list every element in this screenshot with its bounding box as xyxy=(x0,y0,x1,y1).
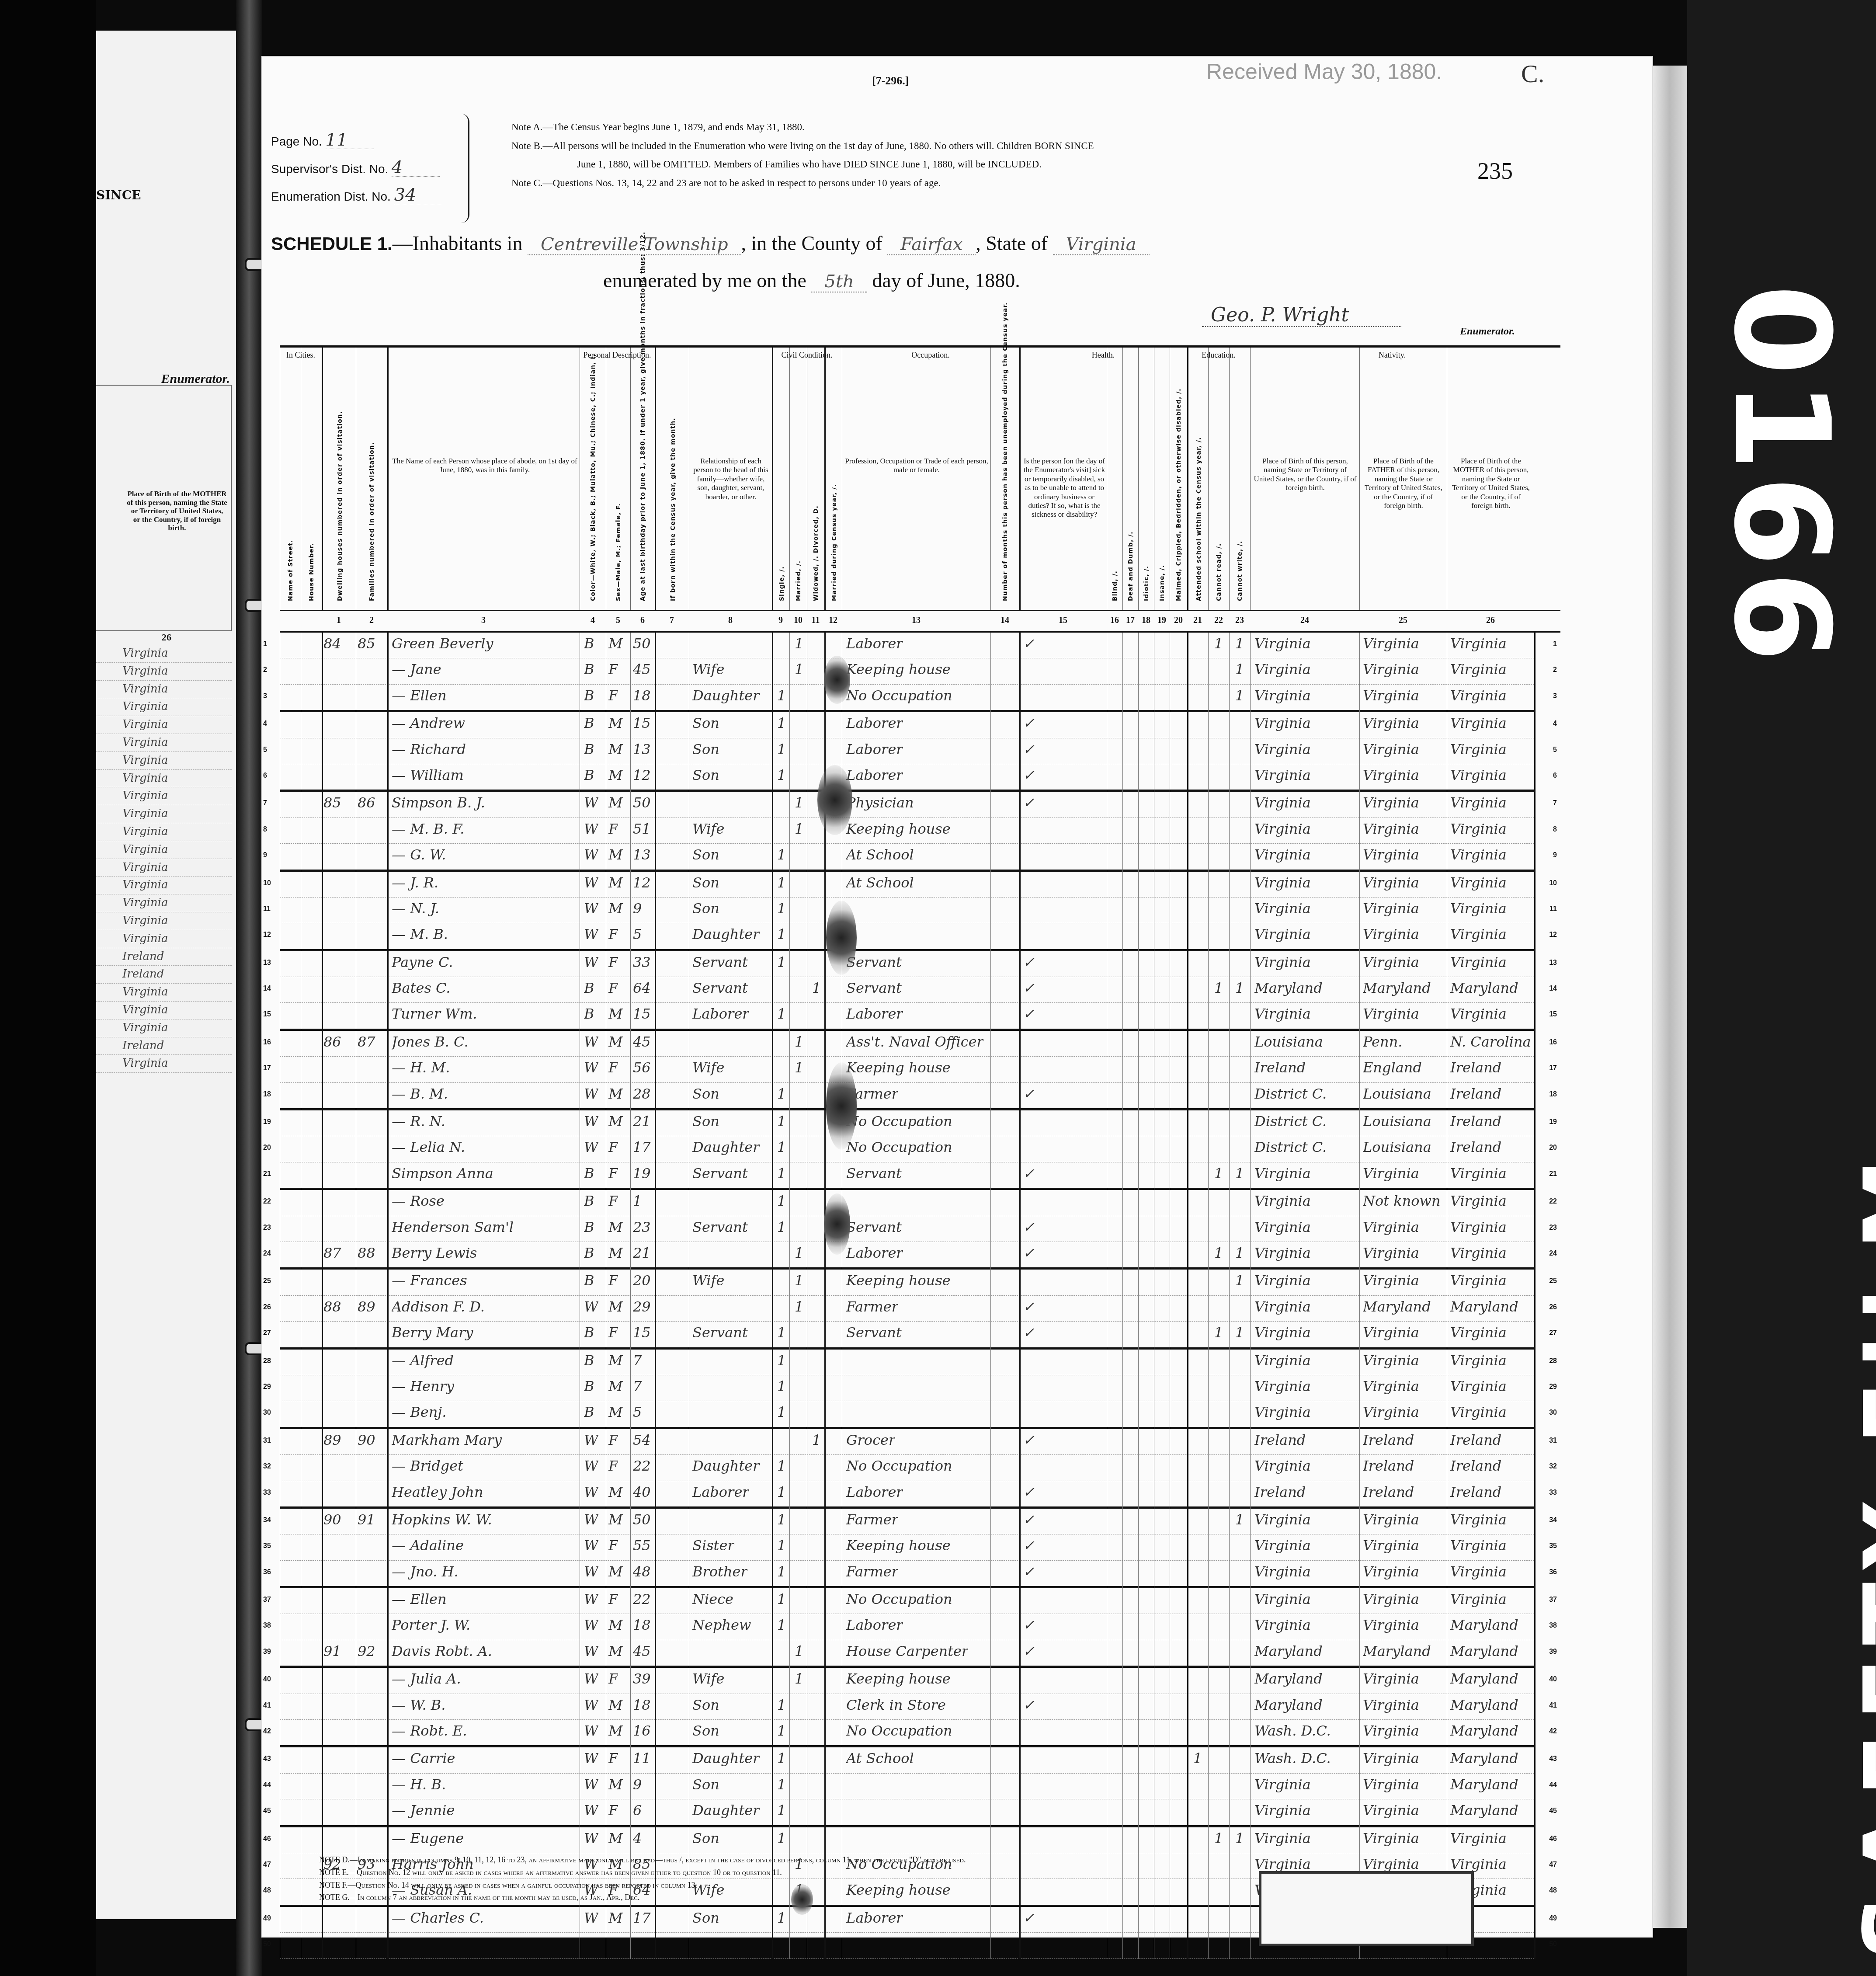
cell-age: 13 xyxy=(633,846,651,863)
table-row: 8— M. B. F.WF51Wife1Keeping houseVirgini… xyxy=(280,818,1534,844)
cell-age: 48 xyxy=(633,1563,651,1580)
cell-father: Virginia xyxy=(1363,767,1419,783)
cell-occ: Servant xyxy=(846,980,902,996)
cell-name: — M. B. xyxy=(392,926,448,943)
cell-name: Heatley John xyxy=(392,1484,483,1500)
cell-age: 9 xyxy=(633,900,642,917)
cell-birth: Virginia xyxy=(1254,846,1311,863)
cell-family: 90 xyxy=(358,1432,375,1448)
note-e: NOTE E.—Question No. 12 will only be ask… xyxy=(319,1866,966,1879)
cell-color: B xyxy=(584,715,594,731)
cell-age: 40 xyxy=(633,1484,651,1500)
column-number: 14 xyxy=(990,616,1019,626)
cell-color: W xyxy=(584,926,598,943)
cell-father: Ireland xyxy=(1363,1484,1414,1500)
cell-occ: Laborer xyxy=(846,741,903,758)
cell-rel: Son xyxy=(692,846,719,863)
line-number-right: 2 xyxy=(1553,666,1557,674)
column-number: 17 xyxy=(1122,616,1138,626)
page-no-value: 11 xyxy=(326,131,374,149)
table-row: 5— RichardBM13Son1Laborer✓VirginiaVirgin… xyxy=(280,738,1534,764)
cell-age: 5 xyxy=(633,926,642,943)
column-number: 1 xyxy=(322,616,356,626)
table-row: 22— RoseBF11VirginiaNot knownVirginia22 xyxy=(280,1190,1534,1216)
column-number: 9 xyxy=(772,616,789,626)
column-number: 5 xyxy=(606,616,630,626)
cell-mother: Maryland xyxy=(1450,1802,1518,1819)
enumeration-dist-value: 34 xyxy=(394,186,442,204)
column-header-c19: Insane, /. xyxy=(1154,348,1170,610)
table-row: 349091Hopkins W. W.WM501Farmer✓1Virginia… xyxy=(280,1509,1534,1534)
cell-sex: M xyxy=(608,846,623,863)
table-row: 10— J. R.WM12Son1At SchoolVirginiaVirgin… xyxy=(280,872,1534,898)
cell-family: 87 xyxy=(358,1033,375,1050)
cell-age: 12 xyxy=(633,767,651,783)
column-header-c17: Deaf and Dumb, /. xyxy=(1122,348,1139,610)
cell-father: Virginia xyxy=(1363,1802,1419,1819)
column-header-c9: Single, /. xyxy=(772,348,791,610)
note-b: Note B.—All persons will be included in … xyxy=(511,137,1094,156)
column-header-c12: Married during Census year, /. xyxy=(824,348,843,610)
cell-sex: F xyxy=(608,926,618,943)
previous-page-mother-birthplace: Virginia xyxy=(122,825,168,838)
table-row: 248788Berry LewisBM211Laborer✓11Virginia… xyxy=(280,1242,1534,1270)
column-header-text: Idiotic, /. xyxy=(1143,566,1150,601)
cell-birth: Maryland xyxy=(1254,1643,1323,1659)
column-header-c1: Dwelling houses numbered in order of vis… xyxy=(322,348,357,610)
cell-mother: N. Carolina xyxy=(1450,1033,1531,1050)
enumeration-date-line: enumerated by me on the 5th day of June,… xyxy=(603,269,1020,292)
table-row: 318990Markham MaryWF541Grocer✓IrelandIre… xyxy=(280,1429,1534,1455)
line-number: 47 xyxy=(263,1861,271,1869)
line-number-right: 47 xyxy=(1549,1861,1557,1869)
column-header-text: Families numbered in order of visitation… xyxy=(368,442,375,601)
cell-sex: M xyxy=(608,1033,623,1050)
cell-dwelling: 85 xyxy=(323,794,341,811)
cell-color: W xyxy=(584,1802,598,1819)
cell-color: W xyxy=(584,1484,598,1500)
cell-name: — Carrie xyxy=(392,1750,455,1767)
cell-birth: Ireland xyxy=(1254,1484,1306,1500)
column-header-text: Relationship of each person to the head … xyxy=(692,457,770,501)
cell-sex: F xyxy=(608,1059,618,1076)
column-header-text: Married during Census year, /. xyxy=(831,484,838,601)
table-body: 18485Green BeverlyBM501Laborer✓11Virgini… xyxy=(280,633,1534,1959)
cell-birth: Virginia xyxy=(1254,1378,1311,1395)
enumerated-day-field: 5th xyxy=(811,271,867,292)
cell-mother: Virginia xyxy=(1450,1856,1507,1872)
cell-occ: Farmer xyxy=(846,1511,898,1528)
cell-color: W xyxy=(584,874,598,891)
cell-rel: Son xyxy=(692,874,719,891)
cell-sex: F xyxy=(608,980,618,996)
cell-sex: F xyxy=(608,1537,618,1554)
line-number: 35 xyxy=(263,1542,271,1550)
note-a: Note A.—The Census Year begins June 1, 1… xyxy=(511,118,1094,137)
cell-single: 1 xyxy=(777,1910,786,1926)
line-number: 12 xyxy=(263,931,271,939)
line-number-right: 9 xyxy=(1553,852,1557,859)
cell-age: 13 xyxy=(633,741,651,758)
line-number: 40 xyxy=(263,1676,271,1684)
cell-name: — Ellen xyxy=(392,687,447,704)
line-number: 18 xyxy=(263,1091,271,1099)
column-header-text: Widowed, /. Divorced, D. xyxy=(813,505,820,601)
cell-sex: F xyxy=(608,1165,618,1182)
cell-name: — Rose xyxy=(392,1193,445,1209)
column-header-c4: Color—White, W.; Black, B.; Mulatto, Mu.… xyxy=(580,348,606,610)
cell-occ: At School xyxy=(846,1750,914,1767)
previous-page-row: Virginia6 xyxy=(96,734,232,752)
cell-father: Virginia xyxy=(1363,1697,1419,1713)
line-number-right: 3 xyxy=(1553,692,1557,700)
cell-mother: Virginia xyxy=(1450,767,1507,783)
table-row: 42— Robt. E.WM16Son1No OccupationWash. D… xyxy=(280,1720,1534,1747)
column-header-text: Cannot read, /. xyxy=(1216,543,1223,601)
safety-film-label: SAFETY FILM xyxy=(1845,1145,1876,1960)
cell-occ: No Occupation xyxy=(846,1458,952,1474)
line-number: 45 xyxy=(263,1807,271,1815)
line-number-right: 33 xyxy=(1549,1489,1557,1497)
cell-sick: ✓ xyxy=(1023,980,1035,996)
cell-father: Virginia xyxy=(1363,1404,1419,1420)
cell-age: 22 xyxy=(633,1591,651,1607)
cell-name: Payne C. xyxy=(392,954,453,971)
cell-write: 1 xyxy=(1235,635,1244,652)
cell-rel: Son xyxy=(692,1776,719,1793)
previous-page-row: Virginia24 xyxy=(96,1055,232,1073)
cell-sex: F xyxy=(608,954,618,971)
cell-birth: Virginia xyxy=(1254,926,1311,943)
cell-father: Virginia xyxy=(1363,900,1419,917)
cell-color: B xyxy=(584,1219,594,1235)
cell-sex: F xyxy=(608,1670,618,1687)
cell-sex: M xyxy=(608,767,623,783)
column-header-text: Attended school within the Census year, … xyxy=(1195,437,1202,601)
cell-sex: M xyxy=(608,794,623,811)
cell-single: 1 xyxy=(777,1085,786,1102)
column-numbers: 1234567891011121314151617181920212223242… xyxy=(280,611,1560,633)
cell-mother: Virginia xyxy=(1450,1378,1507,1395)
cell-mother: Maryland xyxy=(1450,980,1518,996)
line-number-right: 6 xyxy=(1553,772,1557,780)
cell-age: 50 xyxy=(633,794,651,811)
column-number: 11 xyxy=(807,616,824,626)
cell-color: W xyxy=(584,1458,598,1474)
cell-birth: Virginia xyxy=(1254,1830,1311,1847)
cell-name: — G. W. xyxy=(392,846,446,863)
column-header-c3: The Name of each Person whose place of a… xyxy=(387,348,581,610)
line-number: 19 xyxy=(263,1118,271,1126)
cell-father: Virginia xyxy=(1363,1537,1419,1554)
table-row: 46— EugeneWM4Son111VirginiaVirginiaVirgi… xyxy=(280,1827,1534,1853)
column-header-house: House Number. xyxy=(301,348,322,610)
cell-single: 1 xyxy=(777,1750,786,1767)
line-number-right: 8 xyxy=(1553,826,1557,834)
column-number: 25 xyxy=(1359,616,1447,626)
census-page: [7-296.] Received May 30, 1880. C. 235 P… xyxy=(262,57,1652,1937)
cell-dwelling: 86 xyxy=(323,1033,341,1050)
table-row: 4— AndrewBM15Son1Laborer✓VirginiaVirgini… xyxy=(280,712,1534,738)
line-number: 7 xyxy=(263,800,267,807)
cell-single: 1 xyxy=(777,1005,786,1022)
cell-mother: Virginia xyxy=(1450,1830,1507,1847)
previous-page-mother-birthplace: Ireland xyxy=(122,967,164,981)
cell-rel: Daughter xyxy=(692,1139,760,1155)
cell-single: 1 xyxy=(777,1324,786,1341)
line-number-right: 17 xyxy=(1549,1065,1557,1072)
cell-sick: ✓ xyxy=(1023,1511,1035,1528)
cell-age: 54 xyxy=(633,1432,651,1448)
cell-sick: ✓ xyxy=(1023,1085,1035,1102)
cell-write: 1 xyxy=(1235,661,1244,678)
cell-single: 1 xyxy=(777,1378,786,1395)
cell-occ: Farmer xyxy=(846,1563,898,1580)
cell-age: 51 xyxy=(633,821,651,837)
cell-sex: M xyxy=(608,1643,623,1659)
cell-write: 1 xyxy=(1235,1830,1244,1847)
previous-page-mother-birthplace: Virginia xyxy=(122,682,168,696)
table-row: 268889Addison F. D.WM291Farmer✓VirginiaM… xyxy=(280,1296,1534,1322)
line-number-right: 37 xyxy=(1549,1596,1557,1604)
cell-sex: F xyxy=(608,687,618,704)
cell-name: — Robt. E. xyxy=(392,1722,467,1739)
sheet-number: 235 xyxy=(1477,157,1513,184)
cell-mother: Virginia xyxy=(1450,1245,1507,1261)
cell-sick: ✓ xyxy=(1023,1910,1035,1926)
cell-sex: F xyxy=(608,1458,618,1474)
book-binding xyxy=(236,0,262,1976)
column-group-in-cities: In Cities. xyxy=(280,351,322,360)
cell-color: B xyxy=(584,1378,594,1395)
line-number-right: 31 xyxy=(1549,1437,1557,1445)
cell-single: 1 xyxy=(777,900,786,917)
cell-age: 16 xyxy=(633,1722,651,1739)
cell-occ: Laborer xyxy=(846,1617,903,1633)
enumerator-signature: Geo. P. Wright xyxy=(1202,304,1401,327)
column-header-text: Deaf and Dumb, /. xyxy=(1127,531,1134,601)
cell-sex: M xyxy=(608,1378,623,1395)
census-table: Name of Street.House Number.Dwelling hou… xyxy=(280,345,1560,1959)
table-row: 37— EllenWF22Niece1No OccupationVirginia… xyxy=(280,1588,1534,1614)
line-number: 10 xyxy=(263,880,271,887)
cell-name: Hopkins W. W. xyxy=(392,1511,492,1528)
cell-rel: Wife xyxy=(692,1272,724,1289)
cell-occ: Grocer xyxy=(846,1432,895,1448)
cell-sick: ✓ xyxy=(1023,1005,1035,1022)
cell-name: Jones B. C. xyxy=(392,1033,469,1050)
cell-age: 17 xyxy=(633,1139,651,1155)
cell-single: 1 xyxy=(777,1404,786,1420)
cell-occ: Keeping house xyxy=(846,1537,951,1554)
cell-color: W xyxy=(584,1722,598,1739)
cell-rel: Brother xyxy=(692,1563,747,1580)
note-d: NOTE D.—In making entries in columns 9, … xyxy=(319,1854,966,1866)
cell-father: Virginia xyxy=(1363,1352,1419,1369)
cell-birth: Virginia xyxy=(1254,1856,1311,1872)
line-number-right: 43 xyxy=(1549,1755,1557,1763)
cell-name: — H. M. xyxy=(392,1059,450,1076)
line-number: 38 xyxy=(263,1622,271,1630)
column-header-c23: Cannot write, /. xyxy=(1229,348,1251,610)
cell-father: Virginia xyxy=(1363,794,1419,811)
cell-sex: M xyxy=(608,1085,623,1102)
column-group-civil: Civil Condition. xyxy=(772,351,842,360)
film-margin-left xyxy=(0,0,96,1976)
cell-rel: Servant xyxy=(692,980,748,996)
cell-single: 1 xyxy=(777,926,786,943)
cell-occ: Physician xyxy=(846,794,914,811)
cell-sick: ✓ xyxy=(1023,1165,1035,1182)
previous-page-row: Virginia15 xyxy=(96,894,232,912)
cell-rel: Daughter xyxy=(692,1750,760,1767)
cell-name: Henderson Sam'l xyxy=(392,1219,514,1235)
cell-sex: F xyxy=(608,1324,618,1341)
cell-mother: Maryland xyxy=(1450,1750,1518,1767)
cell-color: B xyxy=(584,1245,594,1261)
previous-page-enumerator-label: Enumerator. xyxy=(161,372,230,386)
column-header-text: Color—White, W.; Black, B.; Mulatto, Mu.… xyxy=(590,354,597,601)
cell-father: Virginia xyxy=(1363,715,1419,731)
table-row: 78586Simpson B. J.WM501Physician✓Virgini… xyxy=(280,792,1534,818)
cell-mother: Ireland xyxy=(1450,1458,1501,1474)
cell-sex: F xyxy=(608,1802,618,1819)
cell-name: Simpson Anna xyxy=(392,1165,493,1182)
cell-father: Virginia xyxy=(1363,1830,1419,1847)
line-number: 33 xyxy=(263,1489,271,1497)
county-label: , in the County of xyxy=(741,232,882,254)
cell-birth: Ireland xyxy=(1254,1432,1306,1448)
line-number-right: 24 xyxy=(1549,1250,1557,1258)
cell-mother: Virginia xyxy=(1450,1193,1507,1209)
table-row: 45— JennieWF6Daughter1VirginiaVirginiaMa… xyxy=(280,1799,1534,1827)
previous-page-row: Virginia11 xyxy=(96,823,232,841)
line-number-right: 1 xyxy=(1553,640,1557,648)
cell-mother: Virginia xyxy=(1450,926,1507,943)
cell-family: 91 xyxy=(358,1511,375,1528)
cell-write: 1 xyxy=(1235,1245,1244,1261)
column-header-text: Age at last birthday prior to June 1, 18… xyxy=(639,232,646,601)
line-number: 14 xyxy=(263,985,271,993)
cell-family: 88 xyxy=(358,1245,375,1261)
previous-page-row: Virginia13 xyxy=(96,859,232,877)
cell-sex: M xyxy=(608,1776,623,1793)
cell-sex: F xyxy=(608,1193,618,1209)
cell-married: 1 xyxy=(795,821,803,837)
previous-page-row: Virginia3 xyxy=(96,681,232,699)
cell-age: 64 xyxy=(633,980,651,996)
cell-color: W xyxy=(584,900,598,917)
cell-color: W xyxy=(584,1697,598,1713)
cell-mother: Virginia xyxy=(1450,954,1507,971)
cell-sex: F xyxy=(608,1432,618,1448)
previous-page-row: Virginia5 xyxy=(96,716,232,734)
page-no-label: Page No. xyxy=(271,135,322,148)
cell-birth: Virginia xyxy=(1254,874,1311,891)
cell-name: — Eugene xyxy=(392,1830,464,1847)
cell-rel: Son xyxy=(692,1697,719,1713)
line-number: 8 xyxy=(263,826,267,834)
cell-color: B xyxy=(584,1352,594,1369)
cell-mother: Ireland xyxy=(1450,1085,1501,1102)
cell-birth: Virginia xyxy=(1254,767,1311,783)
column-header-text: Blind, /. xyxy=(1112,571,1119,601)
cell-name: — H. B. xyxy=(392,1776,446,1793)
column-header-c6: Age at last birthday prior to June 1, 18… xyxy=(630,348,655,610)
cell-color: W xyxy=(584,954,598,971)
table-row: 9— G. W.WM13Son1At SchoolVirginiaVirgini… xyxy=(280,844,1534,871)
cell-birth: Virginia xyxy=(1254,1245,1311,1261)
cell-occ: No Occupation xyxy=(846,1139,952,1155)
previous-page-fragment: SINCE Enumerator. Place of Birth of the … xyxy=(96,31,239,1919)
cell-single: 1 xyxy=(777,1617,786,1633)
previous-page-mother-birthplace: Virginia xyxy=(122,647,168,660)
line-number-right: 26 xyxy=(1549,1304,1557,1312)
cell-write: 1 xyxy=(1235,980,1244,996)
cell-occ: Laborer xyxy=(846,635,903,652)
cell-name: Simpson B. J. xyxy=(392,794,485,811)
cell-occ: Laborer xyxy=(846,1245,903,1261)
cell-father: Virginia xyxy=(1363,926,1419,943)
cell-color: B xyxy=(584,1324,594,1341)
previous-page-row: Virginia16 xyxy=(96,912,232,930)
cell-occ: No Occupation xyxy=(846,1113,952,1130)
cell-sex: M xyxy=(608,900,623,917)
line-number: 34 xyxy=(263,1517,271,1524)
line-number: 13 xyxy=(263,959,271,967)
corner-mark: C. xyxy=(1521,59,1544,88)
line-number-right: 27 xyxy=(1549,1329,1557,1337)
line-number: 6 xyxy=(263,772,267,780)
cell-birth: Virginia xyxy=(1254,661,1311,678)
cell-age: 21 xyxy=(633,1113,651,1130)
line-number: 42 xyxy=(263,1728,271,1736)
cell-birth: Virginia xyxy=(1254,1617,1311,1633)
cell-sick: ✓ xyxy=(1023,1324,1035,1341)
cell-sick: ✓ xyxy=(1023,767,1035,783)
cell-occ: No Occupation xyxy=(846,687,952,704)
line-number-right: 44 xyxy=(1549,1781,1557,1789)
column-header-c26: Place of Birth of the MOTHER of this per… xyxy=(1447,348,1535,610)
cell-sex: F xyxy=(608,1139,618,1155)
repair-patch xyxy=(1259,1871,1474,1946)
cell-sick: ✓ xyxy=(1023,1643,1035,1659)
cell-father: Penn. xyxy=(1363,1033,1402,1050)
table-row: 33Heatley JohnWM40Laborer1Laborer✓Irelan… xyxy=(280,1481,1534,1509)
cell-birth: Virginia xyxy=(1254,1005,1311,1022)
cell-age: 18 xyxy=(633,1617,651,1633)
cell-married: 1 xyxy=(795,1059,803,1076)
page-stack-edge xyxy=(1652,66,1687,1928)
line-number: 32 xyxy=(263,1463,271,1471)
cell-age: 50 xyxy=(633,1511,651,1528)
cell-occ: Laborer xyxy=(846,767,903,783)
cell-mother: Maryland xyxy=(1450,1722,1518,1739)
column-header-text: Cannot write, /. xyxy=(1237,541,1244,601)
cell-sick: ✓ xyxy=(1023,1245,1035,1261)
line-number: 23 xyxy=(263,1224,271,1232)
table-row: 168687Jones B. C.WM451Ass't. Naval Offic… xyxy=(280,1031,1534,1057)
column-number: 7 xyxy=(655,616,689,626)
previous-page-row: Virginia21 xyxy=(96,1002,232,1019)
cell-father: Louisiana xyxy=(1363,1085,1431,1102)
cell-name: Davis Robt. A. xyxy=(392,1643,492,1659)
line-number: 43 xyxy=(263,1755,271,1763)
previous-page-mother-birthplace: Virginia xyxy=(122,878,168,891)
county-field: Fairfax xyxy=(887,234,976,255)
line-number: 48 xyxy=(263,1887,271,1895)
column-group-personal: Personal Description. xyxy=(580,351,655,360)
